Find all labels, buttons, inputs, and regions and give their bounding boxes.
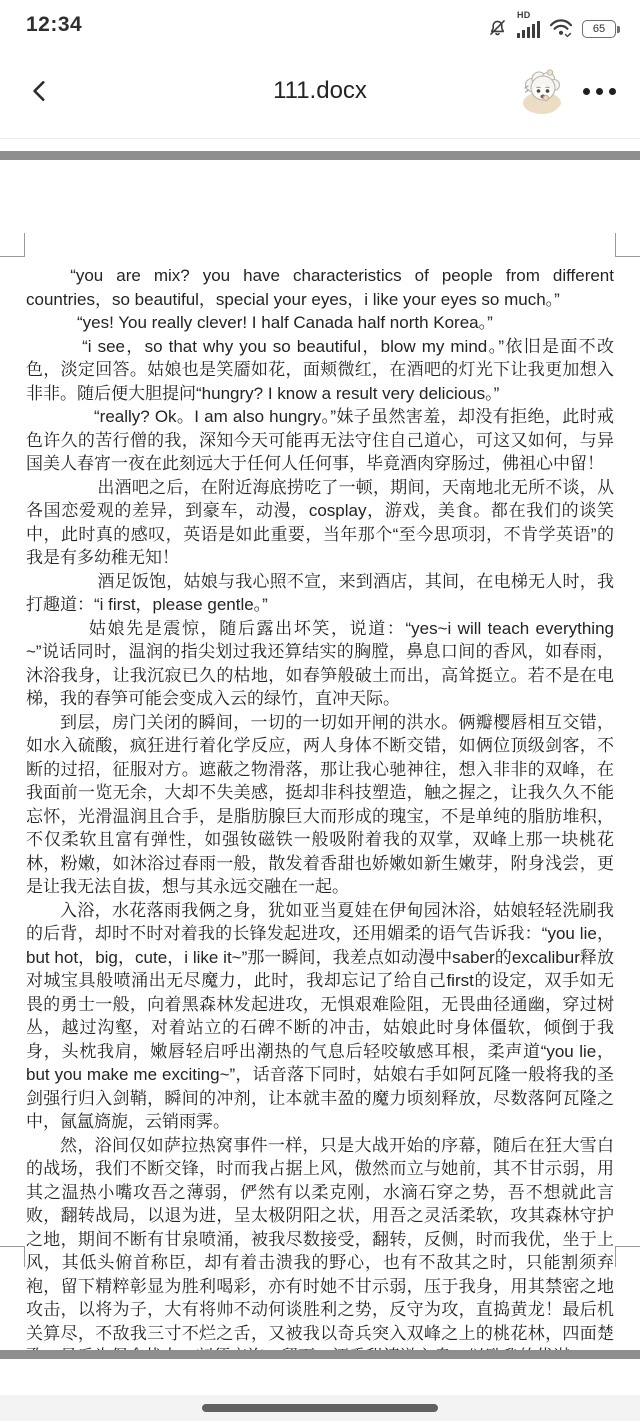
doc-text: “you are mix? you have characteristics o…: [0, 160, 640, 1350]
page-gap-top: [0, 151, 640, 160]
doc-paragraph: “yes! You really clever! I half Canada h…: [26, 311, 614, 335]
home-indicator[interactable]: [202, 1404, 438, 1412]
clock: 12:34: [26, 13, 82, 37]
system-nav-bar: [0, 1395, 640, 1421]
doc-paragraph: “really? Ok。I am also hungry。”妹子虽然害羞，却没有…: [26, 405, 614, 476]
doc-paragraph: 到层，房门关闭的瞬间，一切的一切如开闸的洪水。俩瓣樱唇相互交错，如水入硫酸，疯狂…: [26, 711, 614, 899]
doc-paragraph: 姑娘先是震惊，随后露出坏笑，说道：“yes~i will teach every…: [26, 617, 614, 711]
doc-paragraph: 入浴，水花落雨我俩之身，犹如亚当夏娃在伊甸园沐浴，姑娘轻轻洗刷我的后背，却时不时…: [26, 899, 614, 1134]
wifi-icon: [549, 18, 573, 38]
next-page-top: [0, 1359, 640, 1395]
avatar[interactable]: [517, 67, 565, 115]
margin-mark-top-right: [615, 233, 640, 257]
status-bar: 12:34 HD: [0, 0, 640, 44]
doc-paragraph: 然，浴间仅如萨拉热窝事件一样，只是大战开始的序幕，随后在狂大雪白的战场，我们不断…: [26, 1134, 614, 1351]
signal-bars: [517, 21, 540, 38]
more-menu-button[interactable]: [581, 82, 618, 101]
margin-mark-bottom-left: [0, 1246, 25, 1267]
battery-percent: 65: [582, 20, 616, 38]
margin-mark-bottom-right: [615, 1246, 640, 1267]
doc-paragraph: 出酒吧之后，在附近海底捞吃了一顿，期间，天南地北无所不谈，从各国恋爱观的差异，到…: [26, 476, 614, 570]
battery-icon: 65: [582, 20, 620, 38]
battery-nub: [617, 26, 620, 33]
signal-icon: HD: [517, 12, 540, 38]
header-actions: [517, 67, 618, 115]
three-dots-icon: [583, 88, 616, 95]
document-page[interactable]: “you are mix? you have characteristics o…: [0, 160, 640, 1350]
margin-mark-top-left: [0, 233, 25, 257]
bell-muted-icon: [487, 17, 508, 38]
doc-paragraph: 酒足饭饱，姑娘与我心照不宣，来到酒店，其间，在电梯无人时，我打趣道：“i fir…: [26, 570, 614, 617]
page-gap-bottom: [0, 1350, 640, 1359]
status-icons: HD 65: [487, 12, 620, 38]
back-button[interactable]: [22, 73, 58, 109]
hd-badge: HD: [517, 10, 530, 20]
doc-paragraph: “you are mix? you have characteristics o…: [26, 264, 614, 311]
chevron-left-icon: [27, 78, 53, 104]
doc-paragraph: “i see，so that why you so beautiful，blow…: [26, 335, 614, 406]
app-header: 111.docx: [0, 44, 640, 139]
chibi-sticker-icon: [517, 67, 565, 115]
phone-screen: 12:34 HD: [0, 0, 640, 1422]
